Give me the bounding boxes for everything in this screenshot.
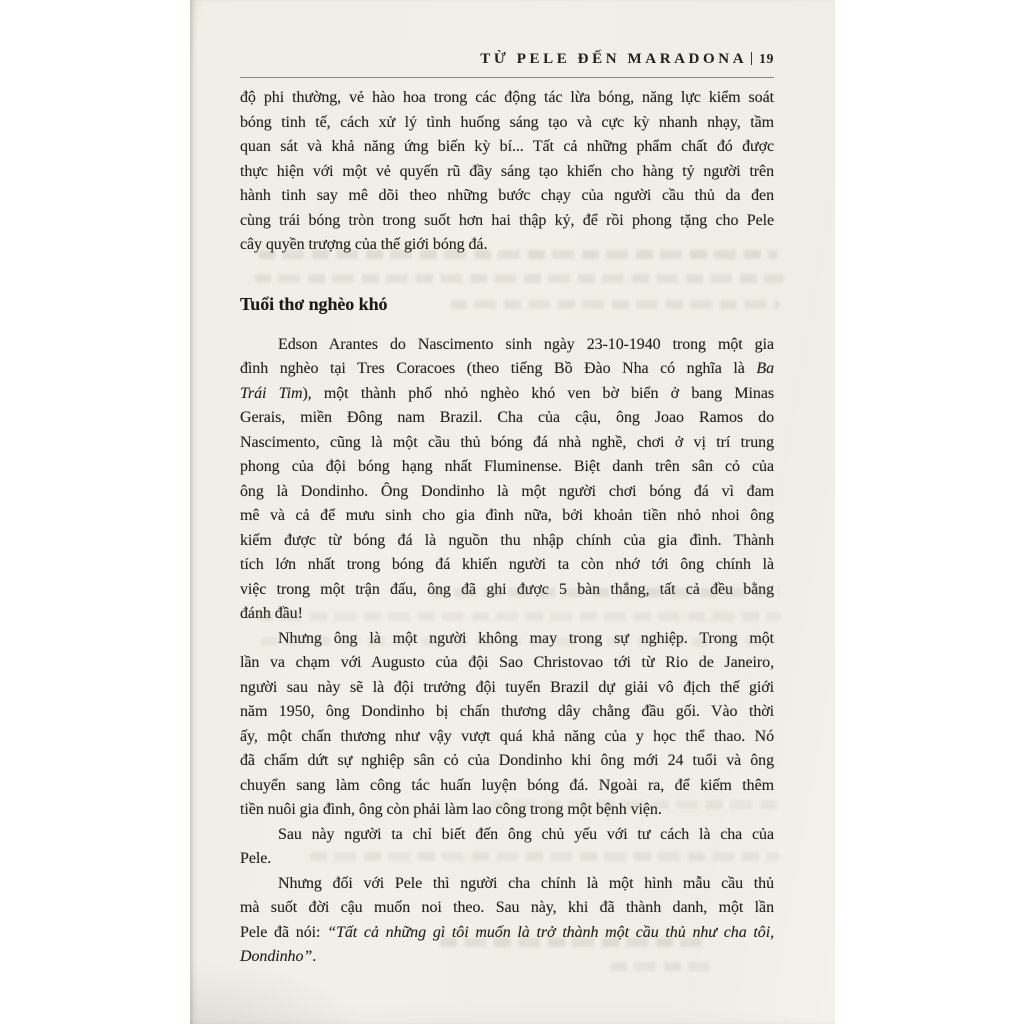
text-column: TỪ PELE ĐẾN MARADONA19 độ phi thường, vẻ… [240,0,774,970]
text-line: cùng trái bóng tròn trong suốt hơn hai t… [240,209,774,234]
text-line: ấy, một chấn thương như vậy vượt quá khả… [240,725,774,750]
paragraph: Nhưng đối với Pele thì người cha chính l… [240,872,774,970]
text-line: Nhưng đối với Pele thì người cha chính l… [240,872,774,897]
text-line: Dondinho”. [240,945,774,970]
page-number-separator-icon [751,52,752,65]
text-line: độ phi thường, vẻ hào hoa trong các động… [240,86,774,111]
text-line: ông là Dondinho. Ông Dondinho là một ngư… [240,480,774,505]
book-page: TỪ PELE ĐẾN MARADONA19 độ phi thường, vẻ… [190,0,835,1024]
text-line: năm 1950, ông Dondinho bị chấn thương dâ… [240,700,774,725]
text-line: đánh đầu! [240,602,774,627]
text-line: Nhưng ông là một người không may trong s… [240,627,774,652]
text-line: Pele. [240,847,774,872]
page-header: TỪ PELE ĐẾN MARADONA19 [240,46,774,72]
text-line: thực hiện với một vẻ quyến rũ đầy sáng t… [240,160,774,185]
text-line: kiếm được từ bóng đá là nguồn thu nhập c… [240,529,774,554]
text-line: bóng tinh tế, cách xử lý tình huống sáng… [240,111,774,136]
text-line: Sau này người ta chỉ biết đến ông chủ yế… [240,823,774,848]
text-line: Trái Tim), một thành phố nhỏ nghèo khó v… [240,382,774,407]
text-line: người sau này sẽ là đội trưởng đội tuyển… [240,676,774,701]
running-title: TỪ PELE ĐẾN MARADONA [480,51,747,67]
text-line: phong của đội bóng hạng nhất Fluminense.… [240,455,774,480]
text-line: cây quyền trượng của thế giới bóng đá. [240,233,774,258]
text-line: chuyển sang làm công tác huấn luyện bóng… [240,774,774,799]
text-line: tiền nuôi gia đình, ông còn phải làm lao… [240,798,774,823]
text-line: Nascimento, cũng là một cầu thủ bóng đá … [240,431,774,456]
text-line: Gerais, miền Đông nam Brazil. Cha của cậ… [240,406,774,431]
text-line: quan sát và khả năng ứng biến kỳ bí... T… [240,135,774,160]
paragraph: Edson Arantes do Nascimento sinh ngày 23… [240,333,774,627]
text-line: đình nghèo tại Tres Coracoes (theo tiếng… [240,357,774,382]
text-line: việc trong một trận đấu, ông đã ghi được… [240,578,774,603]
text-line: Pele đã nói: “Tất cả những gì tôi muốn l… [240,921,774,946]
page-content: độ phi thường, vẻ hào hoa trong các động… [240,86,774,970]
paragraph: Nhưng ông là một người không may trong s… [240,627,774,823]
text-line: mê và cả để mưu sinh cho gia đình nữa, b… [240,504,774,529]
section-heading: Tuổi thơ nghèo khó [240,292,774,317]
text-line: hành tinh say mê dõi theo những bước chạ… [240,184,774,209]
page-number: 19 [759,51,774,66]
paragraph: độ phi thường, vẻ hào hoa trong các động… [240,86,774,258]
paragraph: Sau này người ta chỉ biết đến ông chủ yế… [240,823,774,872]
text-line: mà suốt đời cậu muốn noi theo. Sau này, … [240,896,774,921]
text-line: Edson Arantes do Nascimento sinh ngày 23… [240,333,774,358]
text-line: tích lớn nhất trong bóng đá khiến người … [240,553,774,578]
text-line: đã chấm dứt sự nghiệp sân cỏ của Dondinh… [240,749,774,774]
text-line: lần va chạm với Augusto của đội Sao Chri… [240,651,774,676]
header-rule [240,77,774,78]
